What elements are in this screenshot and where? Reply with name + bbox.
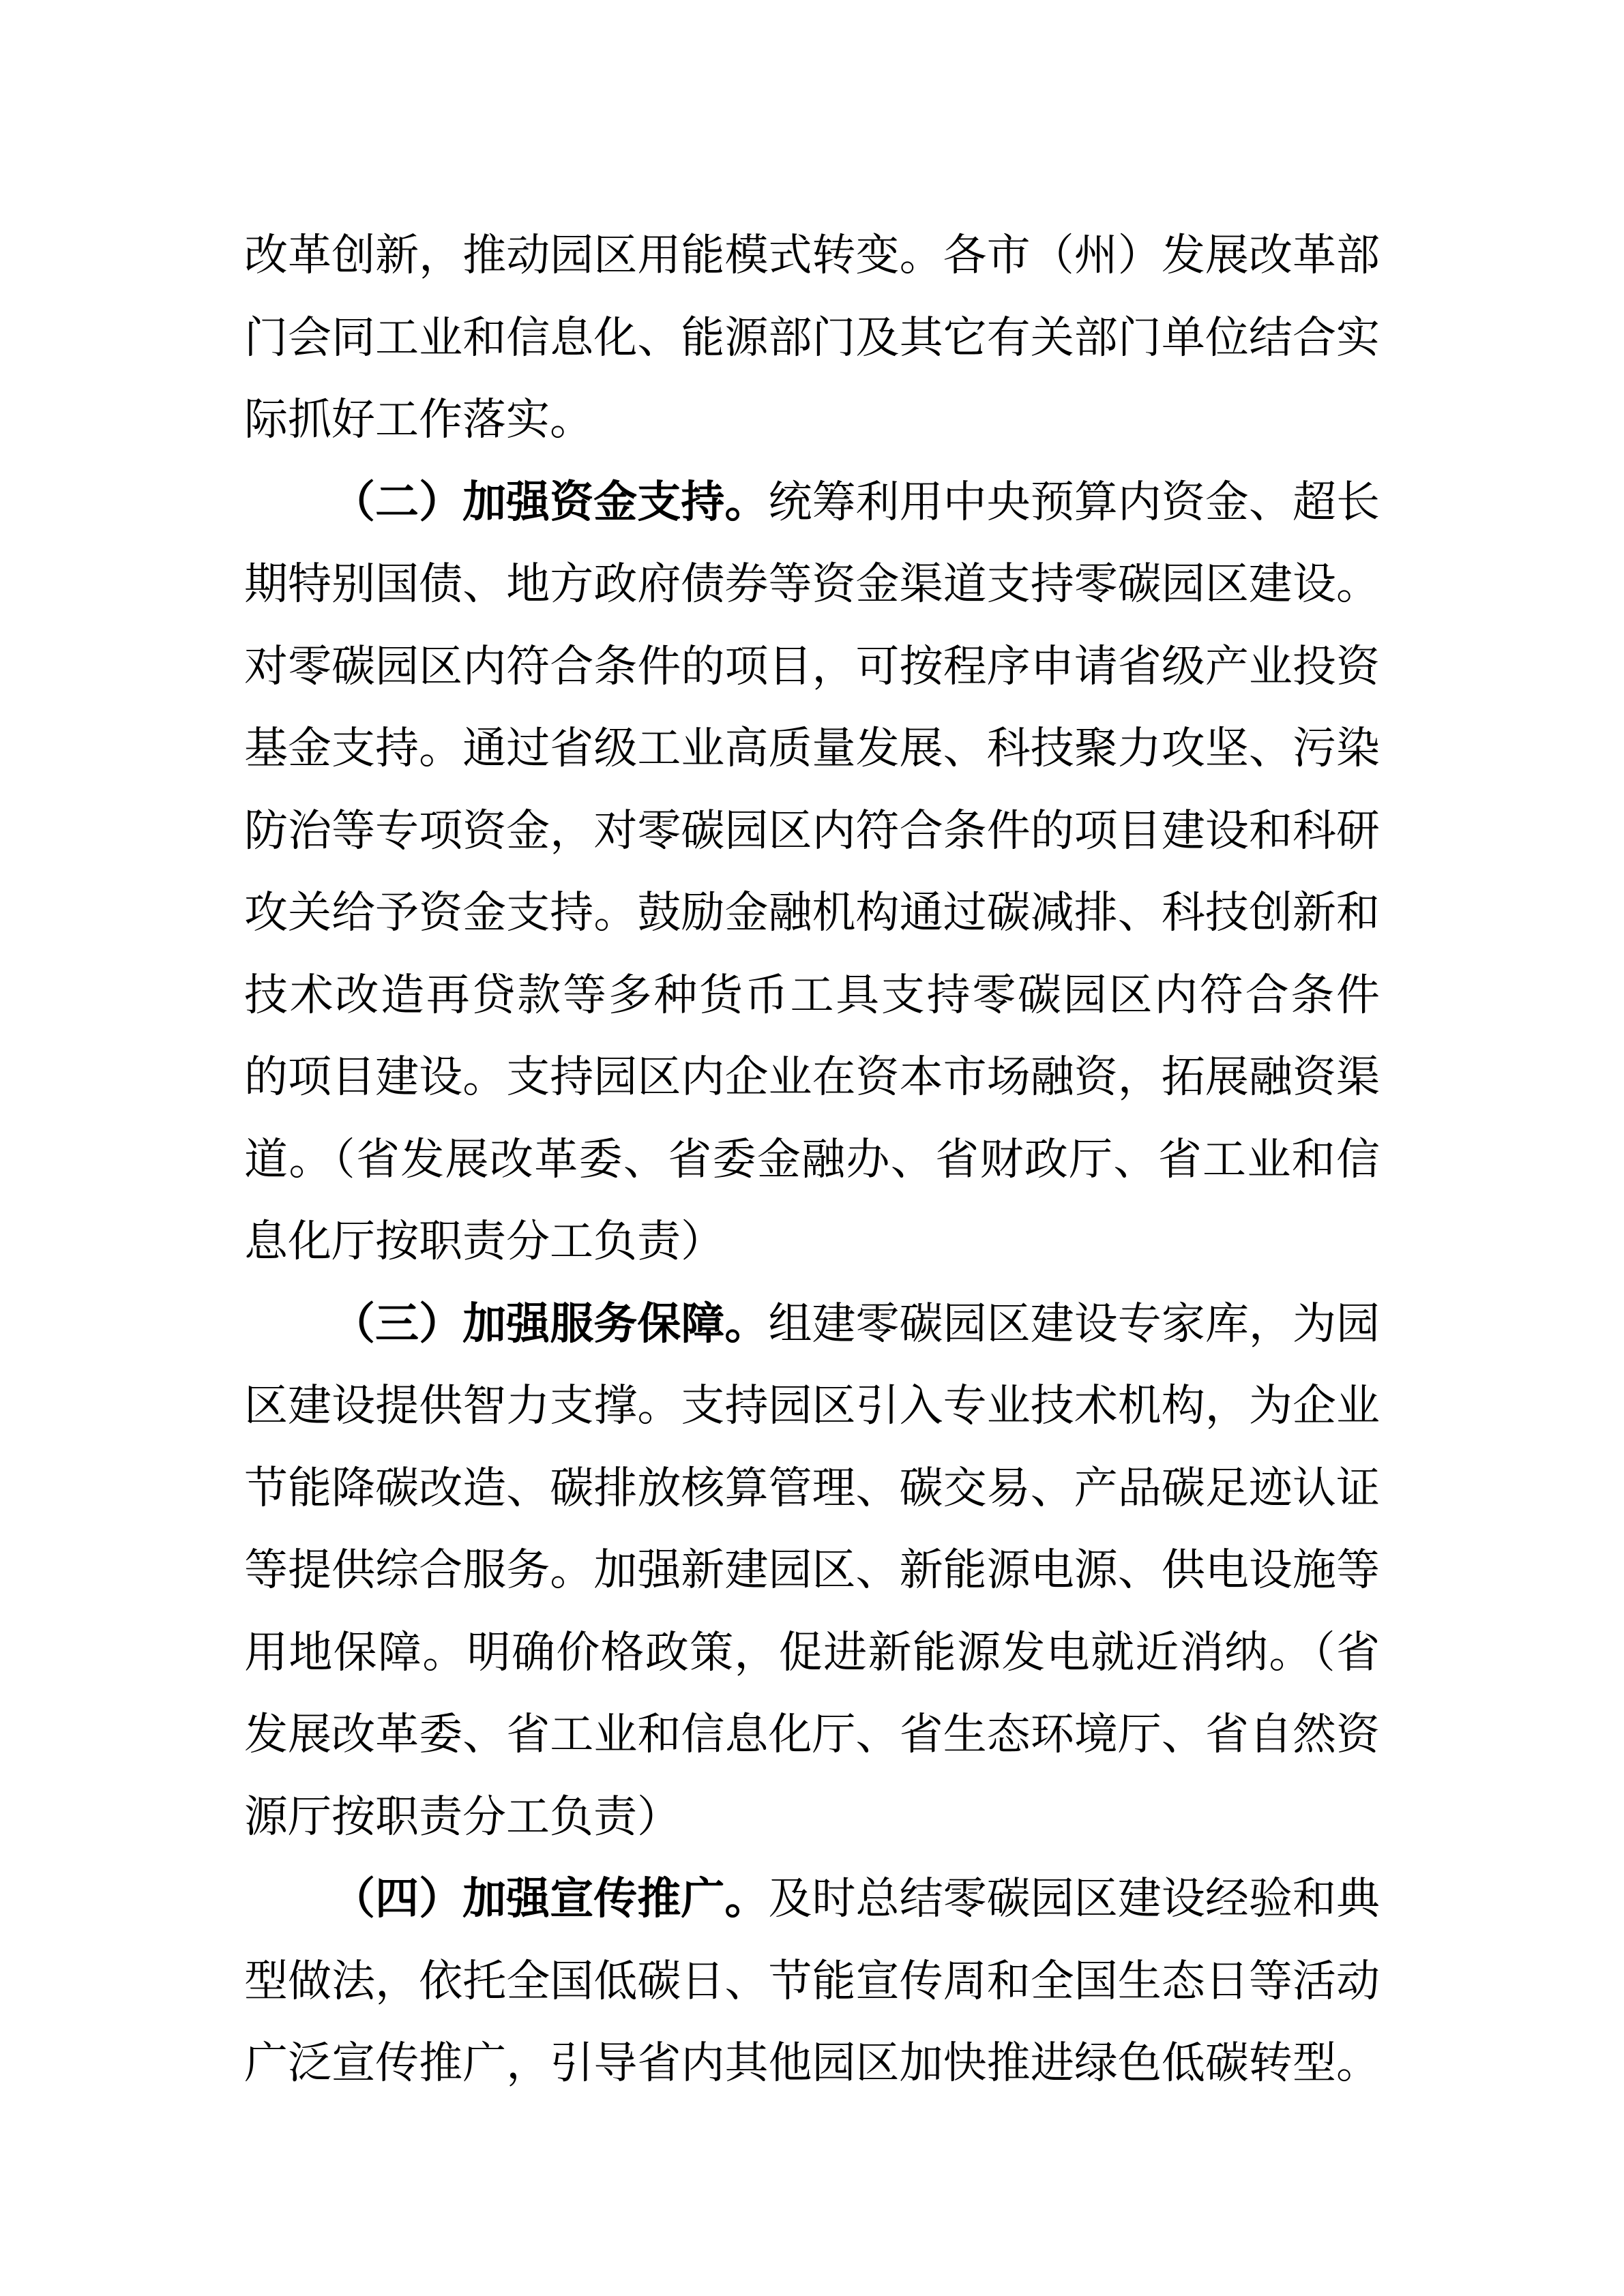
text-line: 节能降碳改造、碳排放核算管理、碳交易、产品碳足迹认证 [244, 1448, 1380, 1530]
text-line: 息化厅按职责分工负责） [244, 1201, 1380, 1283]
text-line: 区建设提供智力支撑。支持园区引入专业技术机构，为企业 [244, 1365, 1380, 1448]
text-line: 门会同工业和信息化、能源部门及其它有关部门单位结合实 [244, 297, 1380, 380]
line-text: 基金支持。通过省级工业高质量发展、科技聚力攻坚、污染 [244, 724, 1380, 773]
text-line: （二）加强资金支持。统筹利用中央预算内资金、超长 [244, 462, 1380, 544]
line-text: 组建零碳园区建设专家库，为园 [768, 1300, 1380, 1348]
line-text: 门会同工业和信息化、能源部门及其它有关部门单位结合实 [244, 314, 1380, 362]
text-line: （四）加强宣传推广。及时总结零碳园区建设经验和典 [244, 1858, 1380, 1941]
line-text: 广泛宣传推广，引导省内其他园区加快推进绿色低碳转型。 [244, 2039, 1380, 2087]
section-heading: （二）加强资金支持。 [331, 478, 768, 526]
text-line: 用地保障。明确价格政策，促进新能源发电就近消纳。（省 [244, 1612, 1380, 1695]
line-text: 的项目建设。支持园区内企业在资本市场融资，拓展融资渠 [244, 1053, 1380, 1101]
text-line: 际抓好工作落实。 [244, 379, 1380, 462]
text-line: 的项目建设。支持园区内企业在资本市场融资，拓展融资渠 [244, 1037, 1380, 1119]
line-text: 及时总结零碳园区建设经验和典 [768, 1875, 1380, 1923]
text-line: 技术改造再贷款等多种货币工具支持零碳园区内符合条件 [244, 955, 1380, 1037]
line-text: 源厅按职责分工负责） [244, 1793, 681, 1841]
line-text: 区建设提供智力支撑。支持园区引入专业技术机构，为企业 [244, 1382, 1380, 1430]
line-text: 发展改革委、省工业和信息化厅、省生态环境厅、省自然资 [244, 1710, 1380, 1759]
line-text: 型做法，依托全国低碳日、节能宣传周和全国生态日等活动 [244, 1957, 1380, 2006]
section-heading: （四）加强宣传推广。 [331, 1875, 768, 1923]
text-line: 基金支持。通过省级工业高质量发展、科技聚力攻坚、污染 [244, 708, 1380, 790]
text-line: 期特别国债、地方政府债券等资金渠道支持零碳园区建设。 [244, 543, 1380, 626]
text-line: 等提供综合服务。加强新建园区、新能源电源、供电设施等 [244, 1530, 1380, 1612]
line-text: 道。（省发展改革委、省委金融办、省财政厅、省工业和信 [244, 1135, 1380, 1184]
section-heading: （三）加强服务保障。 [331, 1300, 768, 1348]
line-text: 攻关给予资金支持。鼓励金融机构通过碳减排、科技创新和 [244, 889, 1380, 937]
document-body: 改革创新，推动园区用能模式转变。各市（州）发展改革部门会同工业和信息化、能源部门… [244, 215, 1380, 2105]
text-line: 对零碳园区内符合条件的项目，可按程序申请省级产业投资 [244, 626, 1380, 709]
line-text: 节能降碳改造、碳排放核算管理、碳交易、产品碳足迹认证 [244, 1464, 1380, 1512]
line-text: 用地保障。明确价格政策，促进新能源发电就近消纳。（省 [244, 1628, 1380, 1677]
text-line: （三）加强服务保障。组建零碳园区建设专家库，为园 [244, 1283, 1380, 1366]
text-line: 发展改革委、省工业和信息化厅、省生态环境厅、省自然资 [244, 1694, 1380, 1776]
line-text: 防治等专项资金，对零碳园区内符合条件的项目建设和科研 [244, 807, 1380, 855]
line-text: 期特别国债、地方政府债券等资金渠道支持零碳园区建设。 [244, 560, 1380, 608]
line-text: 等提供综合服务。加强新建园区、新能源电源、供电设施等 [244, 1546, 1380, 1594]
text-line: 防治等专项资金，对零碳园区内符合条件的项目建设和科研 [244, 790, 1380, 873]
text-line: 道。（省发展改革委、省委金融办、省财政厅、省工业和信 [244, 1119, 1380, 1202]
line-text: 际抓好工作落实。 [244, 396, 593, 444]
text-line: 改革创新，推动园区用能模式转变。各市（州）发展改革部 [244, 215, 1380, 297]
line-text: 息化厅按职责分工负责） [244, 1217, 724, 1266]
document-page: 改革创新，推动园区用能模式转变。各市（州）发展改革部门会同工业和信息化、能源部门… [0, 0, 1624, 2296]
text-line: 广泛宣传推广，引导省内其他园区加快推进绿色低碳转型。 [244, 2023, 1380, 2105]
line-text: 统筹利用中央预算内资金、超长 [768, 478, 1380, 526]
text-line: 源厅按职责分工负责） [244, 1776, 1380, 1859]
line-text: 技术改造再贷款等多种货币工具支持零碳园区内符合条件 [244, 971, 1380, 1019]
line-text: 改革创新，推动园区用能模式转变。各市（州）发展改革部 [244, 231, 1380, 280]
text-line: 攻关给予资金支持。鼓励金融机构通过碳减排、科技创新和 [244, 872, 1380, 955]
text-line: 型做法，依托全国低碳日、节能宣传周和全国生态日等活动 [244, 1941, 1380, 2023]
line-text: 对零碳园区内符合条件的项目，可按程序申请省级产业投资 [244, 642, 1380, 691]
